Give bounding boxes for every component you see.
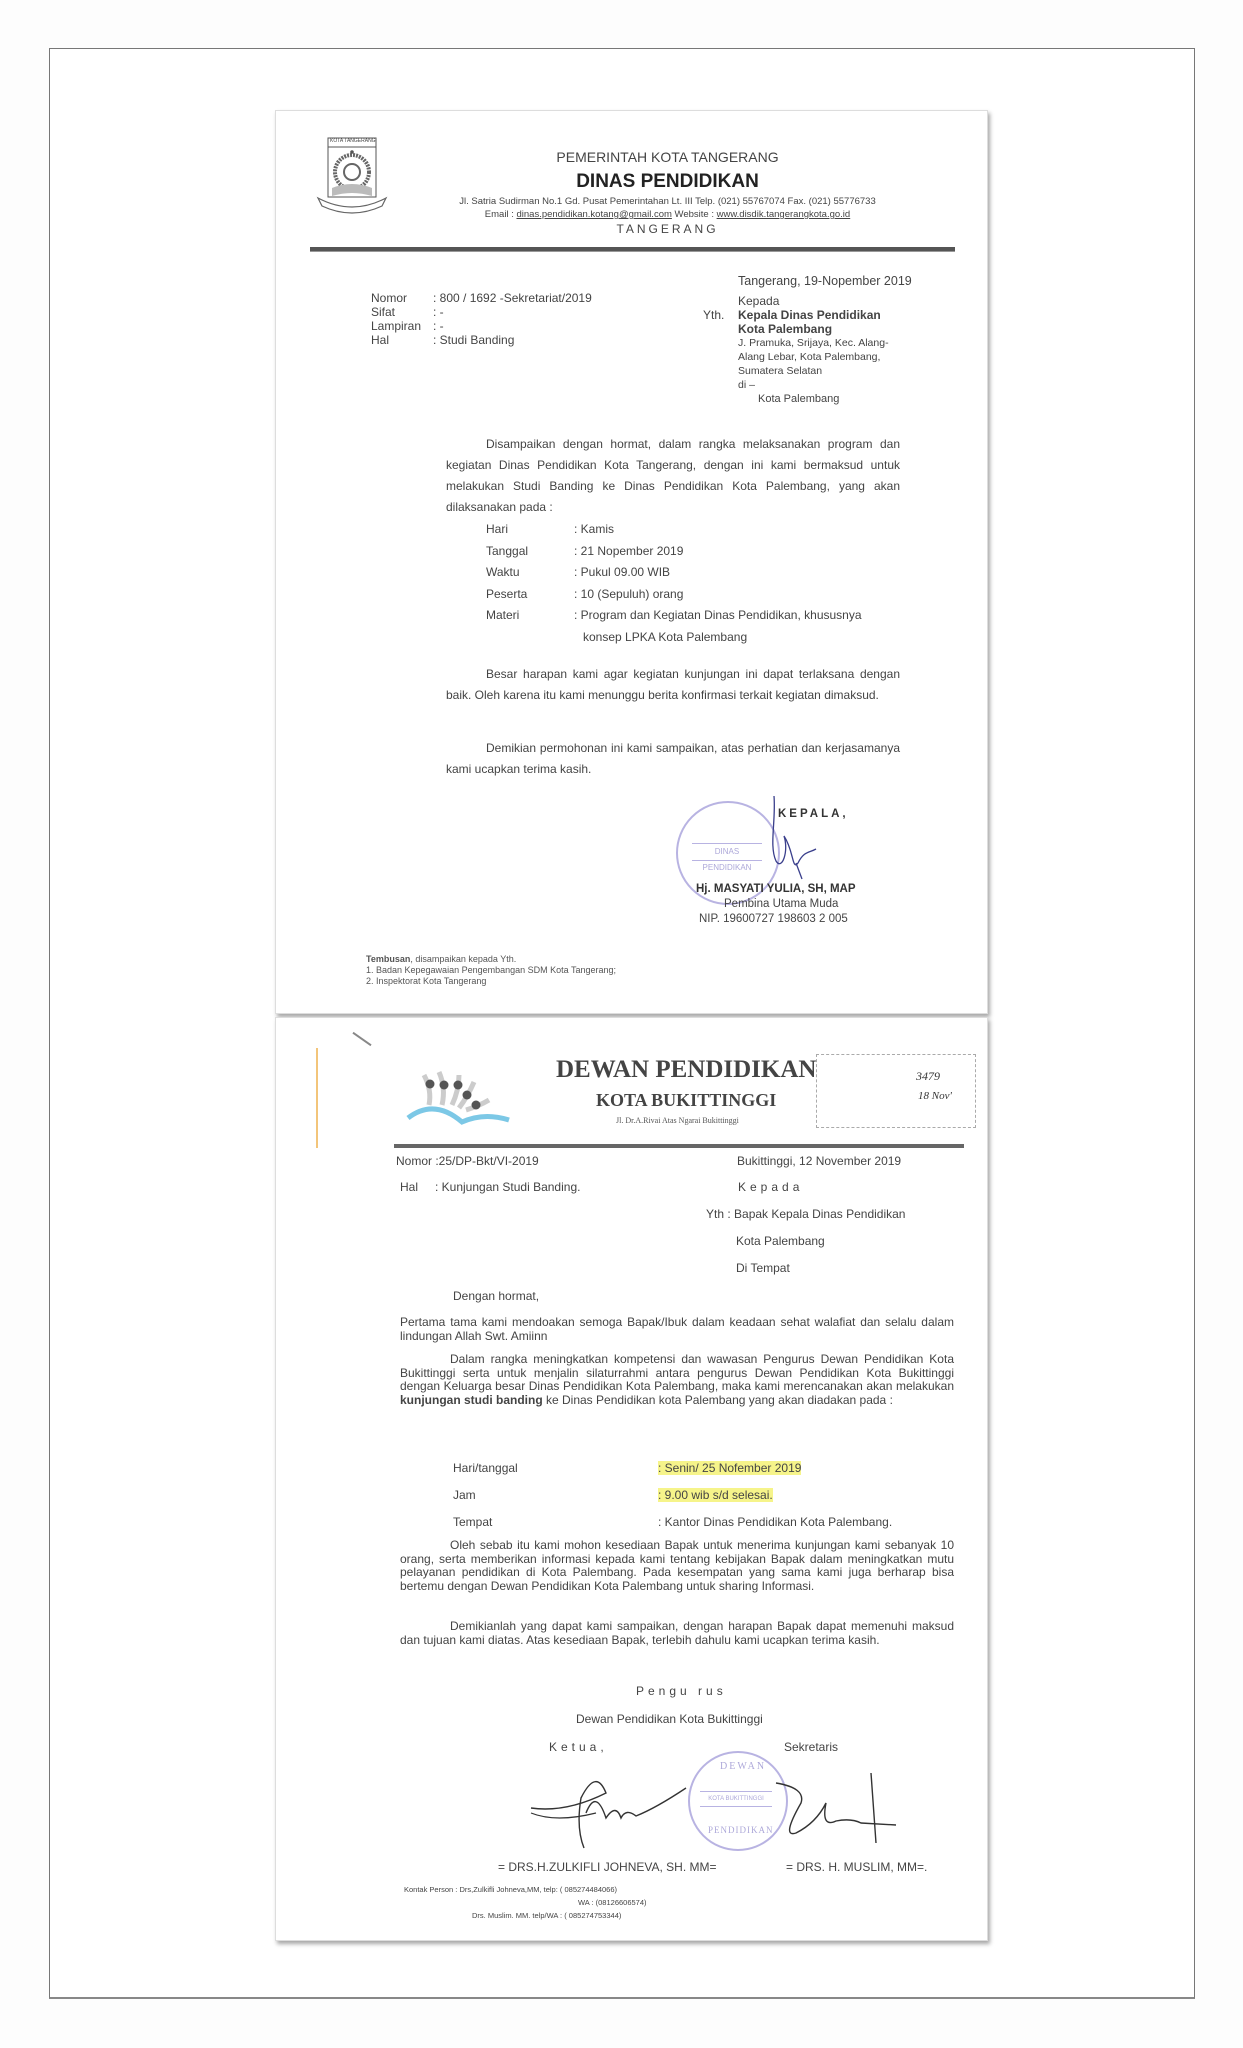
pengurus-label: Pengu rus — [636, 1685, 727, 1699]
email-link[interactable]: dinas.pendidikan.kotang@gmail.com — [516, 209, 671, 220]
detail-row: Jam: 9.00 wib s/d selesai. — [453, 1482, 892, 1509]
contact-line-1: Kontak Person : Drs,Zulkifli Johneva,MM,… — [404, 1886, 617, 1895]
paragraph-request: Oleh sebab itu kami mohon kesediaan Bapa… — [400, 1539, 954, 1593]
detail-row: Waktu: Pukul 09.00 WIB — [486, 562, 862, 584]
ketua-signature-icon — [526, 1758, 716, 1858]
kop-address: Jl. Dr.A.Rivai Atas Ngarai Bukittinggi — [616, 1116, 739, 1125]
letter-date: Tangerang, 19-Nopember 2019 — [738, 274, 912, 288]
detail-row: Tempat: Kantor Dinas Pendidikan Kota Pal… — [453, 1509, 892, 1536]
paragraph-prayer: Pertama tama kami mendoakan semoga Bapak… — [400, 1316, 954, 1343]
website-label: Website : — [672, 209, 717, 220]
letter-number: Nomor :25/DP-Bkt/VI-2019 — [396, 1155, 539, 1169]
signatory-title: KEPALA, — [778, 808, 849, 821]
paragraph-closing: Demikian permohonan ini kami sampaikan, … — [446, 738, 900, 780]
scan-mark — [316, 1048, 318, 1148]
kop-contact: Email : dinas.pendidikan.kotang@gmail.co… — [276, 209, 989, 220]
contact-line-2: WA : (08126606574) — [578, 1899, 647, 1908]
letter-tangerang: KOTA TANGERANG PEMERINTAH KOTA TANGERANG… — [275, 110, 988, 1014]
paragraph-purpose: Dalam rangka meningkatkan kompetensi dan… — [400, 1353, 954, 1407]
signatory-rank: Pembina Utama Muda — [724, 898, 838, 911]
detail-row: Materi: Program dan Kegiatan Dinas Pendi… — [486, 605, 862, 627]
dewan-pendidikan-logo-icon — [404, 1060, 524, 1135]
tembusan-item: 2. Inspektorat Kota Tangerang — [366, 976, 616, 987]
meta-row: Hal: Studi Banding — [371, 334, 592, 348]
signatory-name: Hj. MASYATI YULIA, SH, MAP — [696, 883, 856, 896]
letter-bukittinggi: DEWAN PENDIDIKAN KOTA BUKITTINGGI Jl. Dr… — [275, 1017, 988, 1941]
visit-details: Hari/tanggal: Senin/ 25 Nofember 2019 Ja… — [453, 1455, 892, 1536]
kop-subtitle: KOTA BUKITTINGGI — [596, 1090, 776, 1111]
handwritten-number: 3479 — [916, 1070, 940, 1084]
handwritten-date: 18 Nov' — [918, 1090, 952, 1103]
subject-row: Hal: Kunjungan Studi Banding. — [400, 1181, 580, 1195]
paragraph-intro: Disampaikan dengan hormat, dalam rangka … — [446, 434, 900, 518]
tembusan-block: Tembusan, disampaikan kepada Yth. 1. Bad… — [366, 954, 616, 987]
contact-line-3: Drs. Muslim. MM. telp/WA : ( 08527475334… — [472, 1912, 621, 1921]
ketua-name: = DRS.H.ZULKIFLI JOHNEVA, SH. MM= — [498, 1861, 716, 1875]
recipient-name: Yth : Bapak Kepala Dinas Pendidikan — [706, 1208, 905, 1222]
kop-address: Jl. Satria Sudirman No.1 Gd. Pusat Pemer… — [276, 196, 989, 207]
signatory-nip: NIP. 19600727 198603 2 005 — [699, 913, 848, 926]
website-link[interactable]: www.disdik.tangerangkota.go.id — [717, 209, 851, 220]
letter-date: Bukittinggi, 12 November 2019 — [737, 1155, 901, 1169]
organization-name: Dewan Pendidikan Kota Bukittinggi — [576, 1713, 763, 1727]
kop-city: TANGERANG — [276, 222, 989, 236]
sekretaris-label: Sekretaris — [784, 1741, 838, 1755]
logo-caption: KOTA TANGERANG — [330, 138, 376, 144]
ketua-label: Ketua, — [549, 1741, 608, 1755]
detail-row: Tanggal: 21 Nopember 2019 — [486, 541, 862, 563]
received-stamp — [816, 1054, 976, 1128]
kop-agency: DINAS PENDIDIKAN — [276, 171, 989, 193]
signature-scribble-icon — [754, 791, 834, 886]
highlighted-time: : 9.00 wib s/d selesai. — [658, 1488, 773, 1502]
kop-divider — [394, 1144, 964, 1148]
letter-meta: Nomor: 800 / 1692 -Sekretariat/2019 Sifa… — [371, 292, 592, 348]
recipient-city: Kota Palembang — [736, 1235, 825, 1249]
email-label: Email : — [485, 209, 517, 220]
greeting: Dengan hormat, — [453, 1290, 539, 1304]
meta-row: Nomor: 800 / 1692 -Sekretariat/2019 — [371, 292, 592, 306]
paragraph-closing: Demikianlah yang dapat kami sampaikan, d… — [400, 1620, 954, 1647]
scan-mark — [352, 1032, 371, 1046]
detail-row: Hari/tanggal: Senin/ 25 Nofember 2019 — [453, 1455, 892, 1482]
detail-row: Hari: Kamis — [486, 519, 862, 541]
kop-divider — [310, 247, 955, 252]
tembusan-item: 1. Badan Kepegawaian Pengembangan SDM Ko… — [366, 965, 616, 976]
sekretaris-name: = DRS. H. MUSLIM, MM=. — [786, 1861, 927, 1875]
event-details: Hari: Kamis Tanggal: 21 Nopember 2019 Wa… — [486, 519, 862, 648]
recipient-place: Di Tempat — [736, 1262, 790, 1276]
highlighted-date: : Senin/ 25 Nofember 2019 — [658, 1461, 801, 1475]
kop-government: PEMERINTAH KOTA TANGERANG — [276, 149, 989, 165]
meta-row: Sifat: - — [371, 306, 592, 320]
kop-title: DEWAN PENDIDIKAN — [556, 1056, 816, 1085]
detail-row: Peserta: 10 (Sepuluh) orang — [486, 584, 862, 606]
recipient-kepada: Kepada — [738, 1181, 803, 1195]
paragraph-hope: Besar harapan kami agar kegiatan kunjung… — [446, 664, 900, 706]
recipient-block: Kepada Yth.Kepala Dinas Pendidikan Kota … — [703, 294, 889, 406]
meta-row: Lampiran: - — [371, 320, 592, 334]
sekretaris-signature-icon — [766, 1763, 906, 1853]
